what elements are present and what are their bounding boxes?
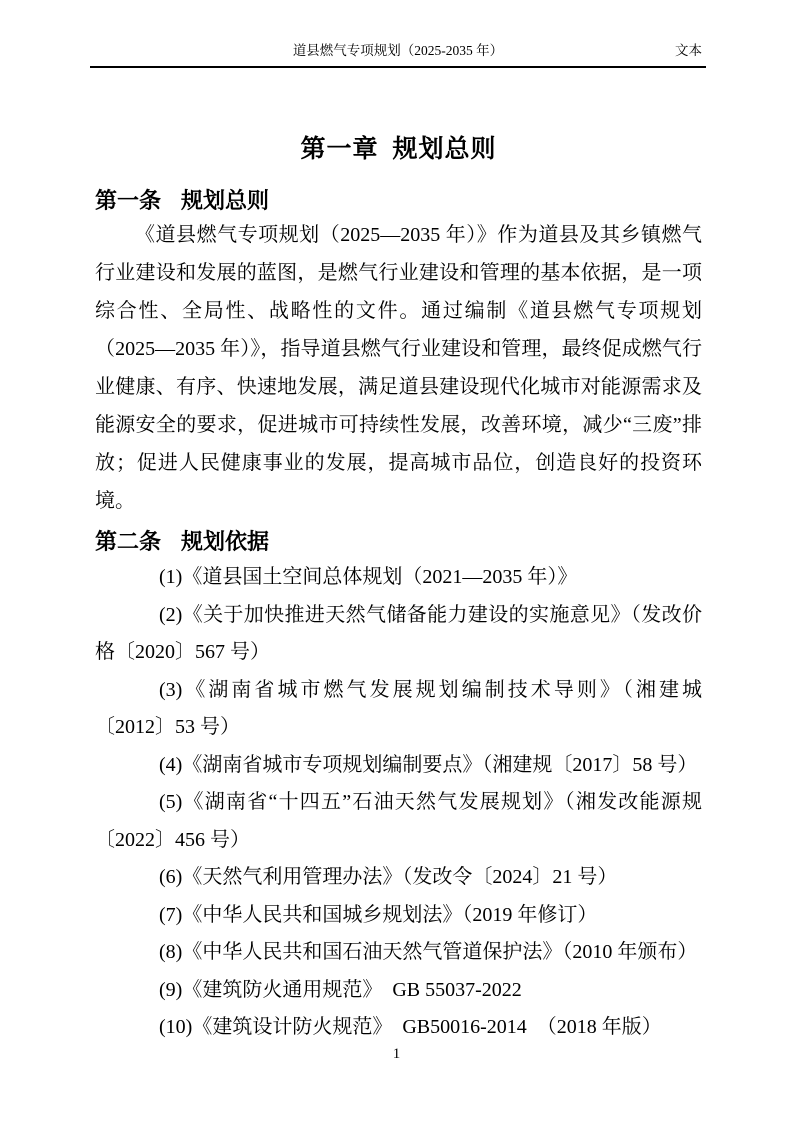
- body-paragraph: 《道县燃气专项规划（2025—2035 年）》作为道县及其乡镇燃气行业建设和发展…: [95, 216, 702, 520]
- chapter-title-text: 规划总则: [393, 135, 497, 163]
- reference-item: (4)《湖南省城市专项规划编制要点》（湘建规〔2017〕58 号）: [95, 747, 702, 785]
- section-title-text: 规划总则: [181, 188, 269, 213]
- page-footer: 1: [0, 1044, 793, 1064]
- reference-item: (6)《天然气利用管理办法》（发改令〔2024〕21 号）: [95, 859, 702, 897]
- reference-item: (5)《湖南省“十四五”石油天然气发展规划》（湘发改能源规〔2022〕456 号…: [95, 784, 702, 859]
- reference-item: (9)《建筑防火通用规范》 GB 55037-2022: [95, 972, 702, 1010]
- section-planning-general: 第一条规划总则 《道县燃气专项规划（2025—2035 年）》作为道县及其乡镇燃…: [95, 186, 702, 520]
- reference-item: (3)《湖南省城市燃气发展规划编制技术导则》（湘建城〔2012〕53 号）: [95, 672, 702, 747]
- page-number: 1: [393, 1046, 401, 1062]
- section-number: 第二条: [95, 529, 161, 554]
- reference-item: (2)《关于加快推进天然气储备能力建设的实施意见》（发改价格〔2020〕567 …: [95, 597, 702, 672]
- section-heading: 第一条规划总则: [95, 186, 702, 216]
- section-title-text: 规划依据: [181, 529, 269, 554]
- reference-item: (8)《中华人民共和国石油天然气管道保护法》（2010 年颁布）: [95, 934, 702, 972]
- reference-item: (1)《道县国土空间总体规划（2021—2035 年）》: [95, 559, 702, 597]
- chapter-number: 第一章: [300, 135, 378, 163]
- section-planning-basis: 第二条规划依据 (1)《道县国土空间总体规划（2021—2035 年）》(2)《…: [95, 527, 702, 1047]
- reference-list: (1)《道县国土空间总体规划（2021—2035 年）》(2)《关于加快推进天然…: [95, 559, 702, 1047]
- reference-item: (7)《中华人民共和国城乡规划法》（2019 年修订）: [95, 897, 702, 935]
- chapter-title: 第一章规划总则: [95, 132, 702, 166]
- section-number: 第一条: [95, 188, 161, 213]
- document-page: 道县燃气专项规划（2025-2035 年） 文本 第一章规划总则 第一条规划总则…: [0, 0, 793, 1122]
- reference-item: (10)《建筑设计防火规范》 GB50016-2014 （2018 年版）: [95, 1009, 702, 1047]
- section-heading: 第二条规划依据: [95, 527, 702, 557]
- document-body: 第一章规划总则 第一条规划总则 《道县燃气专项规划（2025—2035 年）》作…: [95, 0, 702, 1047]
